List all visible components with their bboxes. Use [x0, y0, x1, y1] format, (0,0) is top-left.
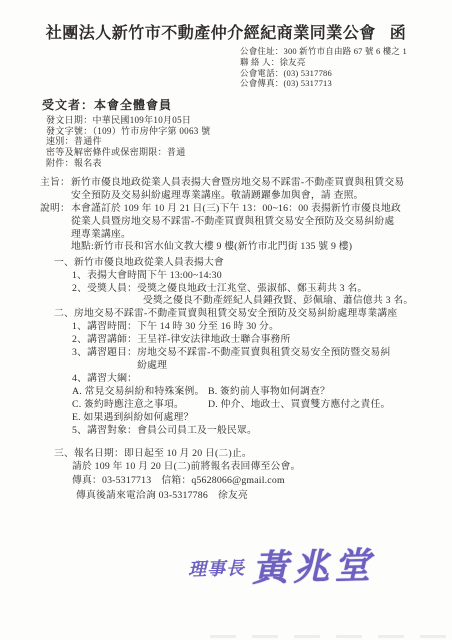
signature-name: 黃兆堂: [251, 538, 375, 592]
document-title: 社團法人新竹市不動產仲介經紀商業同業公會函: [0, 0, 452, 43]
scan-artifact-mark: [294, 635, 320, 638]
scan-artifacts: [210, 635, 446, 638]
explanation-line: 本會謹訂於 109 年 10 月 21 日(三)下午 13：00~16：00 表…: [71, 203, 443, 216]
explanation-label: 說明：: [40, 203, 71, 253]
security-classification: 密等及解密條件或保密期限：普通: [46, 147, 452, 158]
document-type-label: 函: [390, 25, 407, 42]
section1-item2: 2、受獎人員：受獎之優良地政士江兆堂、張淑郁、鄭玉莉共 3 名。: [72, 283, 452, 296]
delivery-speed: 速別：普通件: [46, 136, 452, 147]
section2-item3-line: 房地交易不踩雷-不動產買賣與租賃交易安全預防暨交易糾: [137, 347, 390, 360]
recipient-line: 受文者：本會全體會員: [42, 96, 452, 113]
section2-item3-label: 3、講習題目：: [72, 347, 137, 373]
association-fax: 公會傳真：(03) 5317713: [240, 78, 452, 89]
contact-person: 聯 絡 人：徐友亮: [240, 57, 452, 68]
document-meta-block: 發文日期：中華民國109年10月05日 發文字號：（109）竹市房仲字第 006…: [46, 115, 452, 168]
issue-date: 發文日期：中華民國109年10月05日: [46, 115, 452, 126]
signature-title: 理事長: [188, 553, 246, 580]
section3: 三、報名日期：即日起至 10 月 20 日(二)止。 請於 109 年 10 月…: [54, 448, 452, 503]
scanned-letter-page: 社團法人新竹市不動產仲介經紀商業同業公會函 公會住址：300 新竹市自由路 67…: [0, 0, 452, 640]
outline-point-a: A. 常見交易糾紛和特殊案例。: [72, 386, 208, 399]
section3-followup-line: 傳真後請來電洽詢 03-5317786 徐友亮: [76, 490, 452, 503]
explanation-line: 地點:新竹市長和宮水仙文教大樓 9 樓(新竹市北門街 135 號 9 樓): [71, 241, 443, 254]
section3-fax-email-line: 傳真：03-5317713 信箱：q5628066@gmail.com: [72, 475, 452, 488]
attachment-line: 附件：報名表: [46, 158, 452, 169]
association-name: 社團法人新竹市不動產仲介經紀商業同業公會: [46, 25, 376, 42]
document-number: 發文字號：（109）竹市房仲字第 0063 號: [46, 126, 452, 137]
scan-artifact-mark: [252, 635, 278, 638]
outline-point-e: E. 如果遇到糾紛如何處理？: [72, 412, 193, 425]
subject-line: 安全預防及交易糾紛處理專業講座。敬請踴躍參加與會，請 查照。: [71, 190, 443, 203]
section2-item3-content: 房地交易不踩雷-不動產買賣與租賃交易安全預防暨交易糾 紛處理: [137, 347, 390, 373]
outline-point-d: D. 仲介、地政士、買賣雙方應付之責任。: [208, 399, 391, 412]
section3-deadline-line: 請於 109 年 10 月 20 日(二)前將報名表回傳至公會。: [72, 461, 452, 474]
association-phone: 公會電話：(03) 5317786: [240, 68, 452, 79]
section2-item1: 1、講習時間：下午 14 時 30 分至 16 時 30 分。: [72, 321, 452, 334]
section2-item3: 3、講習題目： 房地交易不踩雷-不動產買賣與租賃交易安全預防暨交易糾 紛處理: [72, 347, 452, 373]
explanation-section: 說明： 本會謹訂於 109 年 10 月 21 日(三)下午 13：00~16：…: [40, 203, 452, 253]
explanation-line: 理專業講座。: [71, 229, 443, 242]
association-contact-block: 公會住址：300 新竹市自由路 67 號 6 樓之 1 聯 絡 人：徐友亮 公會…: [240, 46, 452, 89]
section2-heading: 二、房地交易不踩雷-不動產買賣與租賃交易安全預防及交易糾紛處理專業講座: [54, 308, 452, 321]
subject-line: 新竹市優良地政從業人員表揚大會暨房地交易不踩雷-不動產買賣與租賃交易: [71, 177, 443, 190]
section2-item2: 2、講習講師：王呈祥-律安法律地政士聯合事務所: [72, 334, 452, 347]
section2-item4: 4、講習大綱：: [72, 373, 452, 386]
association-address: 公會住址：300 新竹市自由路 67 號 6 樓之 1: [240, 46, 452, 57]
scan-artifact-mark: [210, 635, 236, 638]
section1-item1: 1、表揚大會時間下午 13:00~14:30: [72, 270, 452, 283]
outline-point-c: C. 簽約時應注意之事項。: [72, 399, 208, 412]
section1-heading: 一、新竹市優良地政從業人員表揚大會: [54, 257, 452, 270]
scan-artifact-mark: [336, 635, 362, 638]
outline-sections: 一、新竹市優良地政從業人員表揚大會 1、表揚大會時間下午 13:00~14:30…: [54, 257, 452, 503]
outline-row-e: E. 如果遇到糾紛如何處理？: [72, 412, 452, 425]
chairman-signature-stamp: 理事長 黃兆堂: [187, 538, 375, 594]
scan-artifact-mark: [420, 635, 446, 638]
explanation-line: 從業人員暨房地交易不踩雷-不動產買賣與租賃交易安全預防及交易糾紛處: [71, 216, 443, 229]
outline-row-ab: A. 常見交易糾紛和特殊案例。 B. 簽約前人事物如何調查？: [72, 386, 452, 399]
outline-row-cd: C. 簽約時應注意之事項。 D. 仲介、地政士、買賣雙方應付之責任。: [72, 399, 452, 412]
section2-item3-line: 紛處理: [137, 360, 390, 373]
section3-heading: 三、報名日期：即日起至 10 月 20 日(二)止。: [54, 448, 452, 461]
outline-point-b: B. 簽約前人事物如何調查？: [208, 386, 330, 399]
scan-artifact-mark: [378, 635, 404, 638]
subject-content: 新竹市優良地政從業人員表揚大會暨房地交易不踩雷-不動產買賣與租賃交易 安全預防及…: [71, 177, 443, 202]
section2-item5: 5、講習對象：會員公司員工及一般民眾。: [72, 425, 452, 438]
explanation-content: 本會謹訂於 109 年 10 月 21 日(三)下午 13：00~16：00 表…: [71, 203, 443, 253]
section1-item2-continuation: 受獎之優良不動產經紀人員鍾孜賢、彭佩瑜、蕭信億共 3 名。: [143, 295, 452, 308]
subject-section: 主旨： 新竹市優良地政從業人員表揚大會暨房地交易不踩雷-不動產買賣與租賃交易 安…: [40, 177, 452, 202]
subject-label: 主旨：: [40, 177, 71, 202]
